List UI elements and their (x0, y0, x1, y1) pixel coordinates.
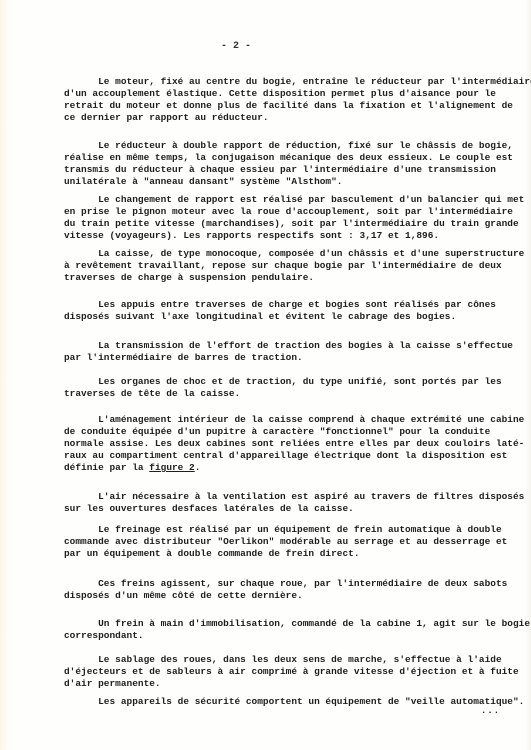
text-line: Un frein à main d'immobilisation, comman… (64, 618, 509, 630)
text-line: vitesse (voyageurs). Les rapports respec… (64, 230, 509, 242)
text-line: retrait du moteur et donne plus de facil… (64, 100, 509, 112)
text-line: du train petite vitesse (marchandises), … (64, 218, 509, 230)
paragraph: Ces freins agissent, sur chaque roue, pa… (64, 578, 509, 602)
paragraph: Le changement de rapport est réalisé par… (64, 194, 509, 242)
paragraph: La caisse, de type monocoque, composée d… (64, 248, 509, 284)
text-line: Les appuis entre traverses de charge et … (64, 299, 509, 311)
scan-edge-left (0, 0, 10, 750)
text-line: correspondant. (64, 630, 509, 642)
text-line: disposés d'un même côté de cette dernièr… (64, 590, 509, 602)
text-line: réalise en même temps, la conjugaison mé… (64, 152, 509, 164)
text-line: Le freinage est réalisé par un équipemen… (64, 524, 509, 536)
paragraph: Un frein à main d'immobilisation, comman… (64, 618, 509, 642)
continuation-marker: ... (481, 706, 500, 716)
text-line: traverses de charge à suspension pendula… (64, 272, 509, 284)
text-line: en prise le pignon moteur avec la roue d… (64, 206, 509, 218)
text-line: d'un accouplement élastique. Cette dispo… (64, 88, 509, 100)
paragraph: Le réducteur à double rapport de réducti… (64, 140, 509, 188)
paragraph: L'air nécessaire à la ventilation est as… (64, 491, 509, 515)
text-line: Ces freins agissent, sur chaque roue, pa… (64, 578, 509, 590)
text-line: traverses de tête de la caisse. (64, 388, 509, 400)
text-line: à revêtement travaillant, repose sur cha… (64, 260, 509, 272)
text-line: transmis du réducteur à chaque essieu pa… (64, 164, 509, 176)
figure-reference: figure 2 (149, 462, 194, 473)
paragraph: Les appuis entre traverses de charge et … (64, 299, 509, 323)
text-line: normale assise. Les deux cabines sont re… (64, 438, 509, 450)
text-line: Le sablage des roues, dans les deux sens… (64, 654, 509, 666)
paragraph: Le moteur, fixé au centre du bogie, entr… (64, 76, 509, 124)
text-fragment: . (195, 462, 201, 473)
text-fragment: définie par la (64, 462, 149, 473)
paragraph: La transmission de l'effort de traction … (64, 340, 509, 364)
text-line: Les organes de choc et de traction, du t… (64, 376, 509, 388)
text-line: d'éjecteurs et de sableurs à air comprim… (64, 666, 509, 678)
text-line: par un équipement à double commande de f… (64, 548, 509, 560)
text-line: Les appareils de sécurité comportent un … (64, 696, 509, 708)
text-line: Le changement de rapport est réalisé par… (64, 194, 509, 206)
text-line: Le réducteur à double rapport de réducti… (64, 140, 509, 152)
paragraph: Le freinage est réalisé par un équipemen… (64, 524, 509, 560)
text-line: de conduite équipée d'un pupitre à carac… (64, 426, 509, 438)
paragraph: Les organes de choc et de traction, du t… (64, 376, 509, 400)
text-line: La transmission de l'effort de traction … (64, 340, 509, 352)
text-line: commande avec distributeur "Oerlikon" mo… (64, 536, 509, 548)
text-line: raux au compartiment central d'appareill… (64, 450, 509, 462)
text-line: ce dernier par rapport au réducteur. (64, 112, 509, 124)
text-line: par l'intermédiaire de barres de tractio… (64, 352, 509, 364)
paragraph: Les appareils de sécurité comportent un … (64, 696, 509, 708)
text-line: d'air permanente. (64, 678, 509, 690)
text-line: Le moteur, fixé au centre du bogie, entr… (64, 76, 509, 88)
text-line: L'aménagement intérieur de la caisse com… (64, 414, 509, 426)
paragraph: L'aménagement intérieur de la caisse com… (64, 414, 509, 474)
text-line: disposés suivant l'axe longitudinal et é… (64, 311, 509, 323)
text-line: unilatérale à "anneau dansant" système "… (64, 176, 509, 188)
page-number: - 2 - (0, 41, 472, 52)
scan-edge-right (525, 0, 531, 750)
paragraph: Le sablage des roues, dans les deux sens… (64, 654, 509, 690)
text-line: La caisse, de type monocoque, composée d… (64, 248, 509, 260)
text-line: L'air nécessaire à la ventilation est as… (64, 491, 509, 503)
text-line: définie par la figure 2. (64, 462, 509, 474)
text-line: sur les ouvertures desfaces latérales de… (64, 503, 509, 515)
